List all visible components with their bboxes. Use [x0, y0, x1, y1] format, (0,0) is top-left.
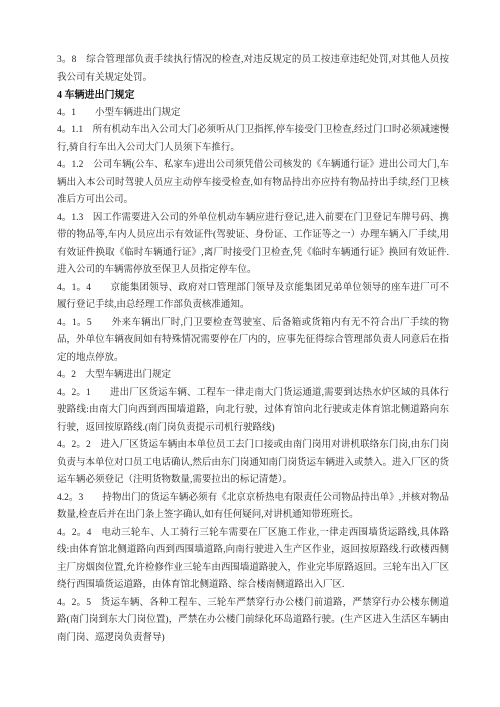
regulation-paragraph: 4。1。5 外来车辆出厂时,门卫要检查驾驶室、后备箱或货箱内有无不符合出厂手续的… — [57, 315, 449, 368]
document-body: 3。8 综合管理部负责手续执行情况的检查,对违反规定的员工按违章违纪处罚,对其他… — [57, 52, 449, 647]
regulation-paragraph: 4。1.2 公司车辆(公车、私家车)进出公司须凭借公司核发的《车辆通行证》进出公… — [57, 157, 449, 210]
regulation-paragraph: 4。2。1 进出厂区货运车辆、工程车一律走南大门货运通道,需要到达热水炉区域的具… — [57, 385, 449, 438]
regulation-paragraph: 4。2。2 进入厂区货运车辆由本单位员工去门口接或由南门岗用对讲机联络东门岗,由… — [57, 437, 449, 490]
regulation-paragraph: 4。2 大型车辆进出门规定 — [57, 367, 449, 385]
document-page: 3。8 综合管理部负责手续执行情况的检查,对违反规定的员工按违章违纪处罚,对其他… — [0, 0, 500, 707]
regulation-paragraph: 4。1。4 京能集团领导、政府对口管理部门领导及京能集团兄弟单位领导的座车进厂可… — [57, 280, 449, 315]
section-heading: 4 车辆进出门规定 — [57, 87, 449, 105]
regulation-paragraph: 4.2。3 持物出门的货运车辆必须有《北京京桥热电有限责任公司物品持出单》,并核… — [57, 490, 449, 525]
regulation-paragraph: 4。1.1 所有机动车出入公司大门必须听从门卫指挥,停车接受门卫检查,经过门口时… — [57, 122, 449, 157]
regulation-paragraph: 3。8 综合管理部负责手续执行情况的检查,对违反规定的员工按违章违纪处罚,对其他… — [57, 52, 449, 87]
regulation-paragraph: 4。1 小型车辆进出门规定 — [57, 105, 449, 123]
regulation-paragraph: 4。2。5 货运车辆、各种工程车、三轮车严禁穿行办公楼门前道路，严禁穿行办公楼东… — [57, 595, 449, 648]
regulation-paragraph: 4。2。4 电动三轮车、人工骑行三轮车需要在厂区施工作业,一律走西围墙货运路线,… — [57, 525, 449, 595]
regulation-paragraph: 4。1.3 因工作需要进入公司的外单位机动车辆应进行登记,进入前要在门卫登记车牌… — [57, 210, 449, 280]
